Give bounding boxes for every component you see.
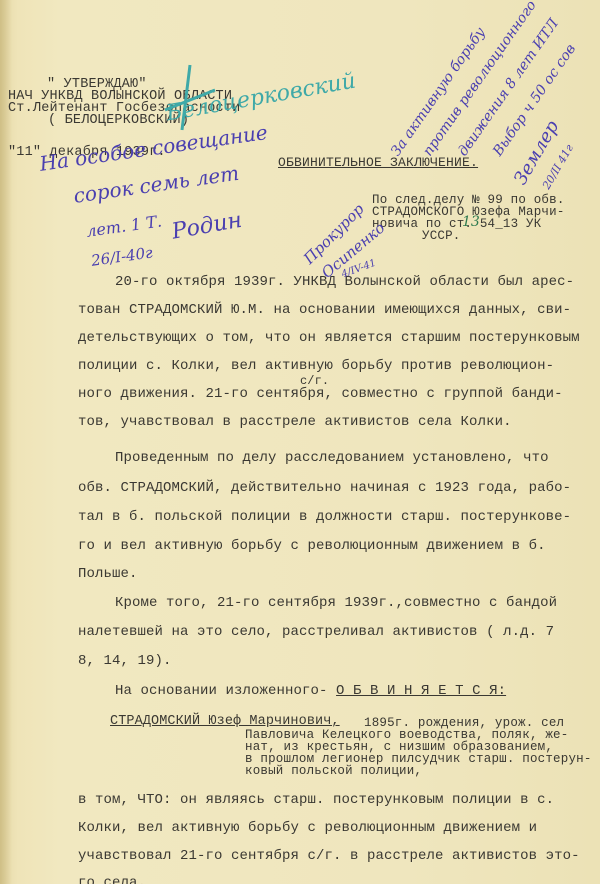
body-line: тован СТРАДОМСКИЙ Ю.М. на основании имею… — [78, 302, 571, 318]
body-line: го и вел активную борьбу с революционным… — [78, 538, 546, 554]
body-line: го села. — [78, 875, 146, 884]
accused-detail: ковый польской полиции, — [245, 765, 422, 777]
body-line: детельствующих о том, что он является ст… — [78, 330, 580, 346]
case-ref-line-4: УССР. — [422, 230, 461, 242]
body-line: учавствовал 21-го сентября с/г. в расстр… — [78, 848, 580, 864]
accusation-line: На основании изложенного- О Б В И Н Я Е … — [115, 683, 506, 699]
resolution-line-3: лет. 1 Т. — [85, 211, 163, 240]
left-date: 26/I-40г — [90, 243, 154, 269]
accusation-lead: На основании изложенного- — [115, 683, 336, 699]
article-correction: 13 — [462, 214, 480, 230]
body-line: обв. СТРАДОМСКИЙ, действительно начиная … — [78, 480, 571, 496]
body-line: Проведенным по делу расследованием устан… — [115, 450, 549, 466]
body-line: налетевшей на это село, расстреливал акт… — [78, 624, 554, 640]
paper-edge — [0, 0, 12, 884]
body-line: полиции с. Колки, вел активную борьбу пр… — [78, 358, 554, 374]
body-line: в том, ЧТО: он являясь старш. постерунко… — [78, 792, 554, 808]
accused-name: СТРАДОМСКИЙ Юзеф Марчинович, — [110, 714, 340, 729]
left-signature: Родин — [170, 208, 244, 245]
accusation-word: О Б В И Н Я Е Т С Я: — [336, 683, 506, 699]
body-line: ного движения. 21-го сентября, совместно… — [78, 386, 563, 402]
document-title: ОБВИНИТЕЛЬНОЕ ЗАКЛЮЧЕНИЕ. — [278, 156, 478, 170]
body-line: тов, учавствовал в расстреле активистов … — [78, 414, 512, 430]
body-line: 8, 14, 19). — [78, 653, 172, 669]
body-line: Польше. — [78, 566, 138, 582]
body-line: Колки, вел активную борьбу с революционн… — [78, 820, 537, 836]
body-line: Кроме того, 21-го сентября 1939г.,совмес… — [115, 595, 557, 611]
body-line: тал в б. польской полиции в должности ст… — [78, 509, 571, 525]
